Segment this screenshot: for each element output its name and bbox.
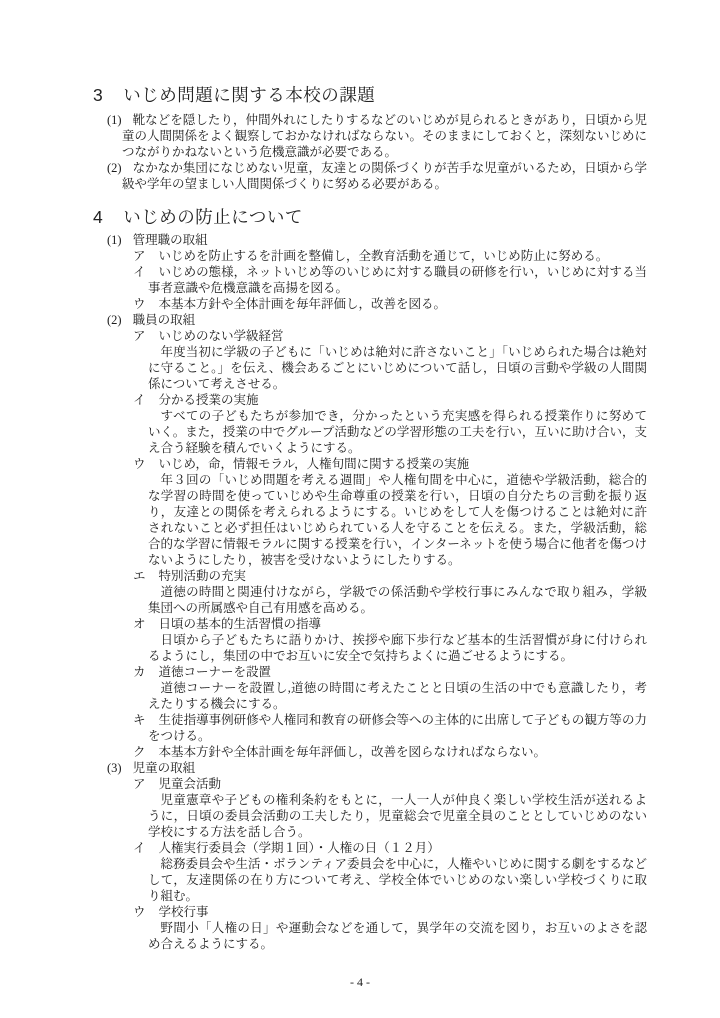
- page-number: - 4 -: [0, 974, 720, 990]
- s4-g2-item-u-body: 年３回の「いじめ問題を考える週間」や人権旬間を中心に，道徳や学級活動，総合的な学…: [148, 472, 647, 568]
- item-text: いじめ，命，情報モラル，人権旬間に関する授業の実施: [159, 457, 470, 471]
- item-marker: ア: [133, 329, 146, 343]
- s4-g2-item-o-heading: オ日頃の基本的生活習慣の指導: [148, 616, 647, 632]
- section-3-heading: 3いじめ問題に関する本校の課題: [93, 84, 647, 106]
- section-3-number: 3: [93, 85, 103, 105]
- s4-g3-item-u-heading: ウ学校行事: [148, 904, 647, 920]
- s4-group-2-title: (2)職員の取組: [122, 312, 647, 328]
- item-marker: イ: [133, 393, 146, 407]
- item-text: 靴などを隠したり，仲間外れにしたりするなどのいじめが見られるときがあり，日頃から…: [122, 113, 647, 159]
- item-marker: エ: [133, 569, 146, 583]
- s4-g1-item-i: イいじめの態様，ネットいじめ等のいじめに対する職員の研修を行い，いじめに対する当…: [148, 264, 647, 296]
- item-marker: イ: [133, 841, 146, 855]
- item-text: 特別活動の充実: [159, 569, 247, 583]
- s4-g2-item-e-body: 道徳の時間と関連付けながら，学級での係活動や学校行事にみんなで取り組み，学級集団…: [148, 584, 647, 616]
- s4-g2-item-ki: キ生徒指導事例研修や人権同和教育の研修会等への主体的に出席して子どもの観方等の力…: [148, 712, 647, 744]
- s4-group-3-title: (3)児童の取組: [122, 760, 647, 776]
- item-text: 本基本方針や全体計画を毎年評価し，改善を図らなければならない。: [159, 745, 547, 759]
- group-title-text: 児童の取組: [133, 761, 196, 775]
- item-text: いじめを防止するを計画を整備し，全教育活動を通じて，いじめ防止に努める。: [159, 249, 609, 263]
- s4-g2-item-o-body: 日頃から子どもたちに語りかけ、挨拶や廊下歩行など基本的生活習慣が身に付けられるよ…: [148, 632, 647, 664]
- s4-g3-item-u-body: 野間小「人権の日」や運動会などを通して，異学年の交流を図り，お互いのよさを認め合…: [148, 920, 647, 952]
- s4-g3-item-i-heading: イ人権実行委員会（学期１回）・人権の日（１２月）: [148, 840, 647, 856]
- item-text: いじめのない学級経営: [159, 329, 284, 343]
- item-marker: ク: [133, 745, 146, 759]
- section-3-title: いじめ問題に関する本校の課題: [123, 85, 375, 105]
- item-marker: オ: [133, 617, 146, 631]
- s4-g3-item-a-heading: ア児童会活動: [148, 776, 647, 792]
- item-marker: ウ: [133, 457, 146, 471]
- s4-g1-item-u: ウ本基本方針や全体計画を毎年評価し，改善を図る。: [148, 296, 647, 312]
- s4-g2-item-u-heading: ウいじめ，命，情報モラル，人権旬間に関する授業の実施: [148, 456, 647, 472]
- section-4-title: いじめの防止について: [123, 207, 303, 227]
- item-text: 日頃の基本的生活習慣の指導: [159, 617, 322, 631]
- item-text: 児童会活動: [159, 777, 222, 791]
- item-marker: ア: [133, 249, 146, 263]
- s4-g2-item-ka-heading: カ道徳コーナーを設置: [148, 664, 647, 680]
- item-marker: キ: [133, 713, 146, 727]
- item-marker: イ: [133, 265, 146, 279]
- item-text: 学校行事: [159, 905, 209, 919]
- s4-g2-item-e-heading: エ特別活動の充実: [148, 568, 647, 584]
- section-4-heading: 4いじめの防止について: [93, 206, 647, 228]
- document-page: 3いじめ問題に関する本校の課題 (1)靴などを隠したり，仲間外れにしたりするなど…: [0, 0, 720, 1018]
- s4-g2-item-a-body: 年度当初に学級の子どもに「いじめは絶対に許さないこと」「いじめられた場合は絶対に…: [148, 344, 647, 392]
- group-title-text: 管理職の取組: [133, 233, 208, 247]
- s4-g2-item-i-body: すべての子どもたちが参加でき，分かったという充実感を得られる授業作りに努めていく…: [148, 408, 647, 456]
- item-text: いじめの態様，ネットいじめ等のいじめに対する職員の研修を行い，いじめに対する当事…: [148, 265, 647, 295]
- item-marker: (1): [107, 233, 122, 247]
- section-3-item-2: (2)なかなか集団になじめない児童，友達との関係づくりが苦手な児童がいるため，日…: [122, 160, 647, 192]
- section-4-number: 4: [93, 207, 103, 227]
- item-text: 本基本方針や全体計画を毎年評価し，改善を図る。: [159, 297, 447, 311]
- s4-group-1-title: (1)管理職の取組: [122, 232, 647, 248]
- item-marker: (2): [107, 313, 122, 327]
- group-title-text: 職員の取組: [133, 313, 196, 327]
- s4-g2-item-ku: ク本基本方針や全体計画を毎年評価し，改善を図らなければならない。: [148, 744, 647, 760]
- s4-g3-item-a-body: 児童憲章や子どもの権利条約をもとに，一人一人が仲良く楽しい学校生活が送れるように…: [148, 792, 647, 840]
- item-marker: カ: [133, 665, 146, 679]
- item-marker: ア: [133, 777, 146, 791]
- item-marker: (3): [107, 761, 122, 775]
- item-text: 道徳コーナーを設置: [159, 665, 272, 679]
- item-marker: ウ: [133, 297, 146, 311]
- item-marker: (1): [107, 113, 122, 127]
- s4-g1-item-a: アいじめを防止するを計画を整備し，全教育活動を通じて，いじめ防止に努める。: [148, 248, 647, 264]
- item-text: なかなか集団になじめない児童，友達との関係づくりが苦手な児童がいるため，日頃から…: [122, 161, 647, 191]
- item-marker: ウ: [133, 905, 146, 919]
- s4-g2-item-i-heading: イ分かる授業の実施: [148, 392, 647, 408]
- item-text: 生徒指導事例研修や人権同和教育の研修会等への主体的に出席して子どもの観方等の力を…: [148, 713, 647, 743]
- item-text: 分かる授業の実施: [159, 393, 259, 407]
- s4-g2-item-a-heading: アいじめのない学級経営: [148, 328, 647, 344]
- item-text: 人権実行委員会（学期１回）・人権の日（１２月）: [159, 841, 440, 855]
- s4-g3-item-i-body: 総務委員会や生活・ボランティア委員会を中心に，人権やいじめに関する劇をするなどし…: [148, 856, 647, 904]
- s4-g2-item-ka-body: 道徳コーナーを設置し,道徳の時間に考えたことと日頃の生活の中でも意識したり，考え…: [148, 680, 647, 712]
- item-marker: (2): [107, 161, 122, 175]
- document-content: 3いじめ問題に関する本校の課題 (1)靴などを隠したり，仲間外れにしたりするなど…: [0, 0, 720, 952]
- section-3-item-1: (1)靴などを隠したり，仲間外れにしたりするなどのいじめが見られるときがあり，日…: [122, 112, 647, 160]
